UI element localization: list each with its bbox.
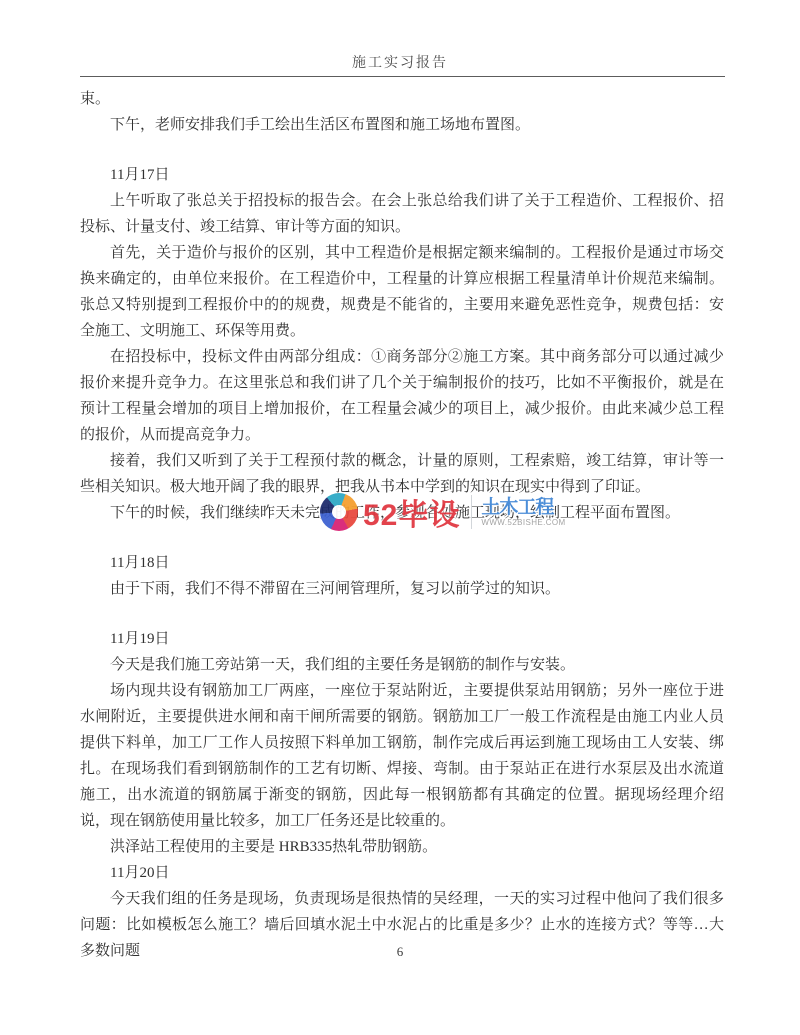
page: { "header": { "title": "施工实习报告" }, "page… xyxy=(0,0,800,1035)
paragraph-spacer xyxy=(80,526,724,550)
page-number: 6 xyxy=(0,944,800,960)
paragraph: 洪泽站工程使用的主要是 HRB335热轧带肋钢筋。 xyxy=(80,834,724,860)
header-rule xyxy=(80,76,725,77)
date-heading: 11月20日 xyxy=(80,860,724,886)
page-header-title: 施工实习报告 xyxy=(0,52,800,72)
date-heading: 11月18日 xyxy=(80,550,724,576)
paragraph: 场内现共设有钢筋加工厂两座，一座位于泵站附近，主要提供泵站用钢筋；另外一座位于进… xyxy=(80,678,724,834)
paragraph: 下午的时候，我们继续昨天未完成的工作，参观各处施工现场，绘制工程平面布置图。 xyxy=(80,500,724,526)
document-body: 束。下午，老师安排我们手工绘出生活区布置图和施工场地布置图。11月17日上午听取… xyxy=(80,86,724,964)
paragraph: 下午，老师安排我们手工绘出生活区布置图和施工场地布置图。 xyxy=(80,112,724,138)
paragraph: 在招投标中，投标文件由两部分组成：①商务部分②施工方案。其中商务部分可以通过减少… xyxy=(80,344,724,448)
paragraph: 由于下雨，我们不得不滞留在三河闸管理所，复习以前学过的知识。 xyxy=(80,576,724,602)
paragraph: 接着，我们又听到了关于工程预付款的概念，计量的原则，工程索赔，竣工结算，审计等一… xyxy=(80,448,724,500)
paragraph: 今天是我们施工旁站第一天，我们组的主要任务是钢筋的制作与安装。 xyxy=(80,652,724,678)
paragraph: 首先，关于造价与报价的区别，其中工程造价是根据定额来编制的。工程报价是通过市场交… xyxy=(80,240,724,344)
paragraph-spacer xyxy=(80,138,724,162)
continuation-line: 束。 xyxy=(80,86,724,112)
paragraph-spacer xyxy=(80,602,724,626)
paragraph: 上午听取了张总关于招投标的报告会。在会上张总给我们讲了关于工程造价、工程报价、招… xyxy=(80,188,724,240)
date-heading: 11月17日 xyxy=(80,162,724,188)
date-heading: 11月19日 xyxy=(80,626,724,652)
